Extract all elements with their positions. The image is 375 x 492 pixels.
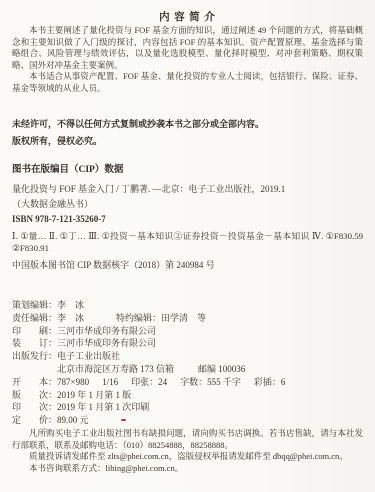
footer-purchase-notice: 凡所购买电子工业出版社图书有缺损问题，请向购买书店调换。若书店售缺，请与本社发行… [12,428,363,451]
executive-editor-value: 李 冰 [57,312,116,325]
edition-value: 2019 年 1 月第 1 版 [57,389,131,402]
cip-record-number: 中国版本图书馆 CIP 数据核字（2018）第 240984 号 [12,258,363,271]
colophon: 策划编辑： 李 冰 责任编辑： 李 冰 特约编辑： 田学清 等 印 刷： 三河市… [12,299,363,427]
copyright-page: 内 容 简 介 本书主要阐述了量化投资与 FOF 基金方面的知识，通过阐述 49… [0,0,375,492]
impression-value: 2019 年 1 月第 1 次印刷 [57,401,149,414]
binding-value: 三河市华成印务有限公司 [57,337,156,350]
colophon-row-format: 开 本： 787×980 1/16 印张：24 字数：555 千字 彩插：6 [12,376,363,389]
intro-paragraph-1: 本书主要阐述了量化投资与 FOF 基金方面的知识，通过阐述 49 个问题的方式，… [12,25,363,71]
executive-editor-label: 责任编辑： [12,312,57,325]
planning-editor-value: 李 冰 [57,299,84,312]
cip-isbn: ISBN 978-7-121-35260-7 [12,214,363,224]
printing-label: 印 刷： [12,325,57,338]
price-value: 89.00 元 [57,414,89,427]
copyright-notice: 未经许可，不得以任何方式复制或抄袭本书之部分或全部内容。 版权所有，侵权必究。 [12,116,363,149]
colophon-row-address: 北京市海淀区万寿路 173 信箱 邮编 100036 [12,363,363,376]
publisher-value: 电子工业出版社 [57,350,120,363]
binding-label: 装 订： [12,337,57,350]
cip-series: （大数据金融丛书） [12,197,363,210]
colophon-row-planning-editor: 策划编辑： 李 冰 [12,299,363,312]
colophon-row-impression: 印 次： 2019 年 1 月第 1 次印刷 [12,401,363,414]
price-label: 定 价： [12,414,57,427]
colophon-row-publisher: 出版发行： 电子工业出版社 [12,350,363,363]
format-value: 787×980 [57,376,89,389]
sheet-ratio-value: 1/16 [102,376,118,389]
impression-label: 印 次： [12,401,57,414]
printing-value: 三河市华成印务有限公司 [57,325,156,338]
colophon-row-binding: 装 订： 三河市华成印务有限公司 [12,337,363,350]
publisher-label: 出版发行： [12,350,57,363]
cip-classification: Ⅰ. ①量… Ⅱ. ①丁… Ⅲ. ①投资－基本知识②证券投资－投资基金－基本知识… [12,231,363,254]
cip-heading: 图书在版编目（CIP）数据 [12,161,363,175]
publisher-address: 北京市海淀区万寿路 173 信箱 [57,363,198,376]
copyright-notice-line-2: 版权所有，侵权必究。 [12,133,363,150]
footer-notes: 凡所购买电子工业出版社图书有缺损问题，请向购买书店调换。若书店售缺，请与本社发行… [12,428,363,474]
planning-editor-label: 策划编辑： [12,299,57,312]
edition-label: 版 次： [12,389,57,402]
special-editor-label: 特约编辑： [116,312,161,325]
scan-artifact-red-mark [121,419,126,421]
special-editor-value: 田学清 等 [161,312,206,325]
print-sheets-value: 印张：24 [131,376,167,389]
intro-title: 内 容 简 介 [12,9,363,24]
colophon-row-printing: 印 刷： 三河市华成印务有限公司 [12,325,363,338]
color-inserts-value: 彩插：6 [254,376,286,389]
footer-complaint-contact: 质量投诉请发邮件至 zlts@phei.com.cn，盗版侵权举报请发邮件至 d… [12,451,363,463]
colophon-row-price: 定 价： 89.00 元 [12,414,363,427]
colophon-row-executive-editor: 责任编辑： 李 冰 特约编辑： 田学清 等 [12,312,363,325]
cip-title-line: 量化投资与 FOF 基金入门 / 丁鹏著. —北京：电子工业出版社，2019.1 [12,182,363,195]
word-count-value: 字数：555 千字 [180,376,241,389]
colophon-row-edition: 版 次： 2019 年 1 月第 1 版 [12,389,363,402]
intro-paragraph-2: 本书适合从事资产配置、FOF 基金、量化投资的专业人士阅读，包括银行、保险、证券… [12,71,363,94]
format-label: 开 本： [12,376,57,389]
intro-section: 本书主要阐述了量化投资与 FOF 基金方面的知识，通过阐述 49 个问题的方式，… [12,25,363,95]
footer-book-contact: 本书咨询联系方式：libing@phei.com.cn。 [12,463,363,475]
publisher-postcode: 邮编 100036 [198,363,245,376]
copyright-notice-line-1: 未经许可，不得以任何方式复制或抄袭本书之部分或全部内容。 [12,116,363,133]
